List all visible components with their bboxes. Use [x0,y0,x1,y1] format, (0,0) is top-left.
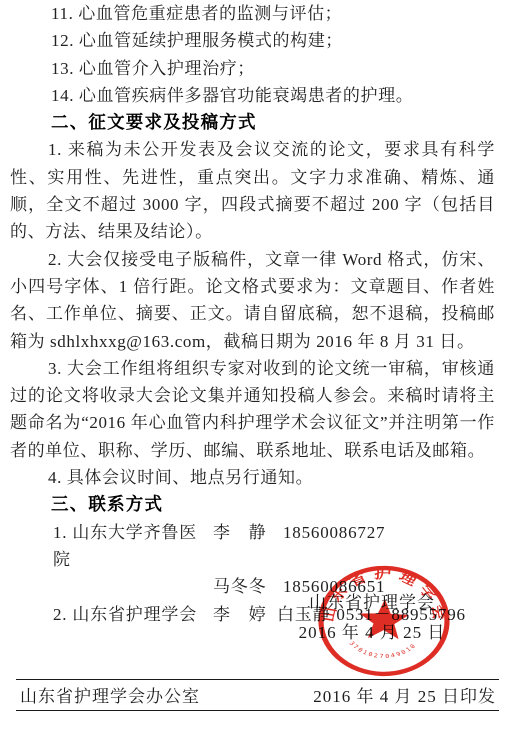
seal-code-text: 3701027049010 [347,640,419,661]
contact-name: 马冬冬 [213,573,277,600]
paragraph-review: 3. 大会工作组将组织专家对收到的论文统一审稿，审核通过的论文将收录大会论文集并… [10,355,495,464]
official-seal-stamp-icon: 山东省护理学会 3701027049010 [312,560,457,682]
topic-item: 13. 心血管介入护理治疗； [10,55,495,82]
contact-org [53,573,213,600]
section-heading-submission: 二、征文要求及投稿方式 [10,109,495,136]
contact-name: 李 婷 [213,601,277,628]
footer-print-date: 2016 年 4 月 25 日印发 [313,682,496,707]
seal-star-icon [359,598,410,639]
paragraph-requirements: 1. 来稿为未公开发表及会议交流的论文，要求具有科学性、实用性、先进性，重点突出… [10,136,495,245]
contact-name: 李 静 [213,519,277,574]
paragraph-schedule: 4. 具体会议时间、地点另行通知。 [10,464,495,491]
notice-document-page: 11. 心血管危重症患者的监测与评估； 12. 心血管延续护理服务模式的构建； … [0,0,515,738]
paragraph-format: 2. 大会仅接受电子版稿件，文章一律 Word 格式，仿宋、小四号字体、1 倍行… [10,246,495,355]
topic-item: 11. 心血管危重症患者的监测与评估； [10,0,495,27]
section-heading-contact: 三、联系方式 [10,491,495,518]
document-footer: 山东省护理学会办公室 2016 年 4 月 25 日印发 [16,679,499,711]
footer-office: 山东省护理学会办公室 [20,682,200,707]
svg-text:3701027049010: 3701027049010 [347,640,419,661]
topic-item: 14. 心血管疾病伴多器官功能衰竭患者的护理。 [10,82,495,109]
topic-item: 12. 心血管延续护理服务模式的构建； [10,27,495,54]
contact-org: 1. 山东大学齐鲁医院 [53,519,213,574]
document-body: 11. 心血管危重症患者的监测与评估； 12. 心血管延续护理服务模式的构建； … [10,0,495,628]
contact-org: 2. 山东省护理学会 [53,601,213,628]
